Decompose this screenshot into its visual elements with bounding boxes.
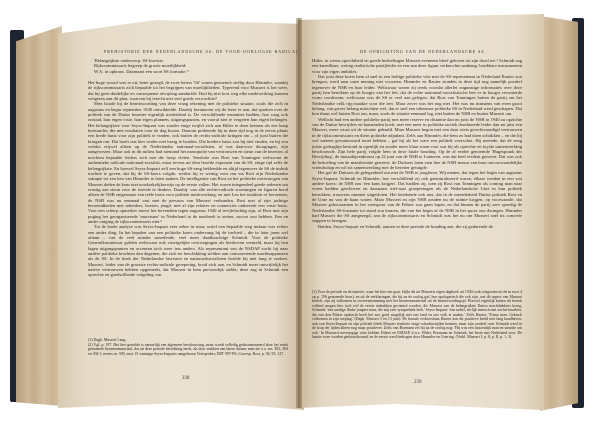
right-page: DE OPRICHTING VAN DE NEDERLANDSCHE SS Hi…: [298, 14, 544, 410]
book-gutter: [296, 18, 302, 408]
right-running-head: DE OPRICHTING VAN DE NEDERLANDSCHE SS: [360, 49, 484, 54]
left-page-number: 238: [182, 376, 190, 381]
paragraph: Het boge woord was er uit, beter gezegd,…: [88, 80, 288, 101]
paragraph: Hitler, in wiens oprechtheid en goede be…: [312, 58, 522, 74]
left-running-head: PREHISTORIE DER NEDERLANDSCHE SS: DE VOO…: [104, 49, 307, 54]
paragraph: Beiden, Seyss-Inquart en Schmidt, namen …: [312, 224, 522, 229]
page-edges-right: [540, 16, 578, 411]
right-page-number: 239: [414, 380, 422, 385]
right-footnotes: (1) Voor de periode en de materie, waar …: [312, 290, 522, 356]
footnote: (2) Vgl. p. 197. Het hier gestelde is na…: [88, 343, 288, 357]
left-body-text: Het boge woord was er uit, beter gezegd,…: [88, 80, 288, 332]
left-quote: 'Belangrijkste onderwerp: SS kwestie. Ri…: [94, 58, 284, 74]
left-page: PREHISTORIE DER NEDERLANDSCHE SS: DE VOO…: [58, 18, 304, 410]
paragraph: Tot de koele analyse was Seyss-Inquart z…: [88, 224, 288, 277]
paragraph: Het gaf de Duitsers de gelegenheid om me…: [312, 170, 522, 223]
footnote: (1) Voor de periode en de materie, waar …: [312, 290, 522, 340]
paragraph: Wellicht had een andere politieke partij…: [312, 117, 522, 170]
paragraph: Men houde bij de beantwoording van deze …: [88, 101, 288, 224]
right-body-text: Hitler, in wiens oprechtheid en goede be…: [312, 58, 522, 284]
page-edges-left: [16, 26, 62, 406]
paragraph: Dat juist deze koers hem al snel in een …: [312, 74, 522, 117]
left-footnotes: (1) Dagb. Mussert I aug. (2) Vgl. p. 197…: [88, 338, 288, 356]
quote-line: W.A. in opbouw. Daarnaast een soort SS f…: [94, 69, 284, 74]
